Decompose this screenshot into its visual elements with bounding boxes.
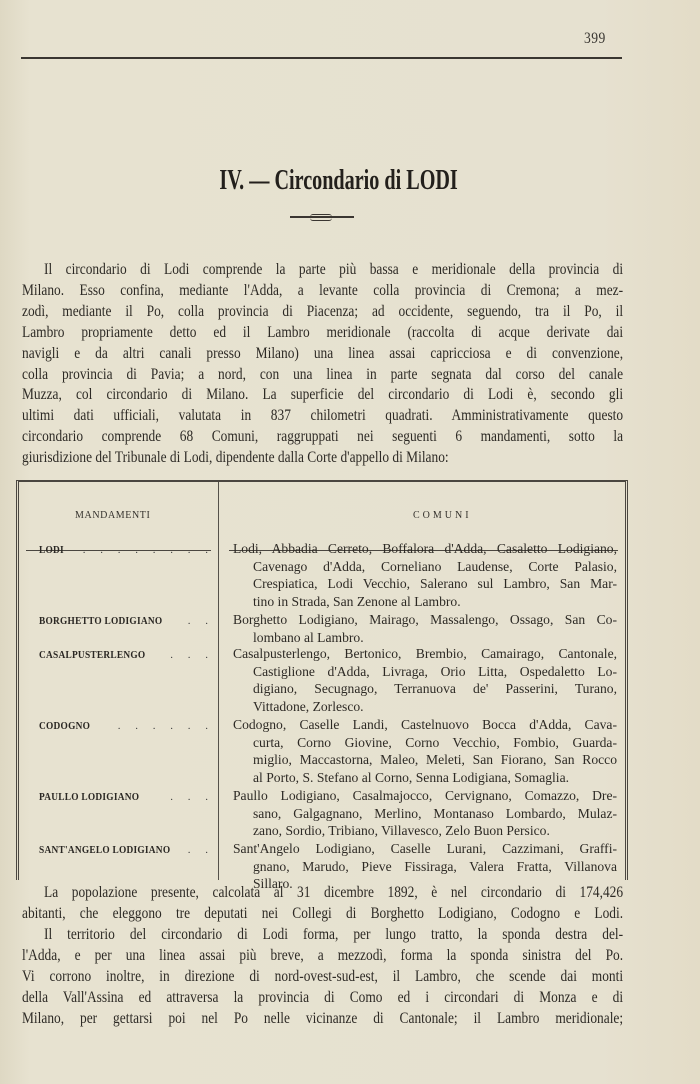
text-line-content: Il circondario di Lodi comprende la part… xyxy=(44,260,623,281)
text-line: navigli e da altri canali presso Milano)… xyxy=(22,344,623,365)
text-line: La popolazione presente, calcolata al 31… xyxy=(22,883,623,904)
mandamento-name: BORGHETTO LODIGIANO xyxy=(39,615,162,627)
comuni-line: miglio, Maccastorna, Maleo, Meleti, San … xyxy=(233,751,617,769)
chapter-title: IV. — Circondario di LODI xyxy=(0,165,700,197)
comuni-cell: Borghetto Lodigiano, Mairago, Massalengo… xyxy=(233,611,617,646)
text-line: Il circondario di Lodi comprende la part… xyxy=(22,260,623,281)
chapter-title-text: IV. — Circondario di LODI xyxy=(220,165,458,197)
text-line: Vi corrono inoltre, in direzione di nord… xyxy=(22,967,623,988)
text-line-content: abitanti, che eleggono tre deputati nei … xyxy=(22,904,623,925)
header-rule xyxy=(21,57,622,59)
text-line: giurisdizione del Tribunale di Lodi, dip… xyxy=(22,448,623,469)
text-line-content: colla provincia di Pavia; a nord, con un… xyxy=(22,365,623,386)
comuni-line: digiano, Secugnago, Terranuova de' Passe… xyxy=(233,680,617,698)
text-line: colla provincia di Pavia; a nord, con un… xyxy=(22,365,623,386)
text-line-content: Milano, per gettarsi poi nel Po nelle vi… xyxy=(22,1009,623,1030)
comuni-line: Codogno, Caselle Landi, Castelnuovo Bocc… xyxy=(233,716,617,734)
population-paragraph: La popolazione presente, calcolata al 31… xyxy=(22,883,623,925)
text-line-content: Muzza, col circondario di Milano. La sup… xyxy=(22,385,623,406)
comuni-line: curta, Corno Giovine, Corno Vecchio, Fom… xyxy=(233,734,617,752)
text-line: circondario comprende 68 Comuni, raggrup… xyxy=(22,427,623,448)
comuni-line: Casalpusterlengo, Bertonico, Brembio, Ca… xyxy=(233,645,617,663)
comuni-line: Paullo Lodigiano, Casalmajocco, Cervigna… xyxy=(233,787,617,805)
text-line-content: della Vall'Assina ed attraversa la provi… xyxy=(22,988,623,1009)
mandamenti-table: MANDAMENTI COMUNI . . . . . . . . LODI L… xyxy=(16,480,628,880)
comuni-line: Vittadone, Zorlesco. xyxy=(233,698,617,716)
text-line-content: Milano. Esso confina, mediante l'Adda, a… xyxy=(22,281,623,302)
mandamento-name: CASALPUSTERLENGO xyxy=(39,649,145,661)
text-line-content: giurisdizione del Tribunale di Lodi, dip… xyxy=(22,448,623,469)
mandamento-cell: . . SANT'ANGELO LODIGIANO xyxy=(39,844,214,856)
page-number: 399 xyxy=(584,30,606,48)
comuni-line: Lodi, Abbadia Cerreto, Boffalora d'Adda,… xyxy=(233,540,617,558)
text-line-content: circondario comprende 68 Comuni, raggrup… xyxy=(22,427,623,448)
comuni-cell: Casalpusterlengo, Bertonico, Brembio, Ca… xyxy=(233,645,617,715)
mandamento-cell: . . . CASALPUSTERLENGO xyxy=(39,649,214,661)
comuni-line: Sant'Angelo Lodigiano, Caselle Lurani, C… xyxy=(233,840,617,858)
mandamento-cell: . . . PAULLO LODIGIANO xyxy=(39,791,214,803)
text-line: della Vall'Assina ed attraversa la provi… xyxy=(22,988,623,1009)
text-line-content: Il territorio del circondario di Lodi fo… xyxy=(44,925,623,946)
intro-paragraph: Il circondario di Lodi comprende la part… xyxy=(22,260,623,469)
territory-paragraph: Il territorio del circondario di Lodi fo… xyxy=(22,925,623,1030)
text-line: Milano, per gettarsi poi nel Po nelle vi… xyxy=(22,1009,623,1030)
mandamento-name: CODOGNO xyxy=(39,720,90,732)
header-mandamenti: MANDAMENTI xyxy=(75,510,150,521)
comuni-line: Borghetto Lodigiano, Mairago, Massalengo… xyxy=(233,611,617,629)
comuni-line: Cavenago d'Adda, Corneliano Laudense, Co… xyxy=(233,558,617,576)
leader-dots: . . . . . . . . xyxy=(39,544,214,556)
mandamento-cell: . . . . . . . . LODI xyxy=(39,544,214,556)
text-line: l'Adda, e per una linea assai più breve,… xyxy=(22,946,623,967)
text-line-content: ultimi dati ufficiali, valutata in 837 c… xyxy=(22,406,623,427)
text-line-content: navigli e da altri canali presso Milano)… xyxy=(22,344,623,365)
mandamento-cell: . . . . . . CODOGNO xyxy=(39,720,214,732)
text-line: ultimi dati ufficiali, valutata in 837 c… xyxy=(22,406,623,427)
text-line-content: zodì, mediante il Po, colla provincia di… xyxy=(22,302,623,323)
comuni-cell: Lodi, Abbadia Cerreto, Boffalora d'Adda,… xyxy=(233,540,617,610)
title-ornament xyxy=(290,216,354,218)
comuni-line: Castiglione d'Adda, Livraga, Orio Litta,… xyxy=(233,663,617,681)
header-comuni: COMUNI xyxy=(413,510,472,521)
column-divider xyxy=(218,482,219,880)
mandamento-cell: . . BORGHETTO LODIGIANO xyxy=(39,615,214,627)
comuni-cell: Paullo Lodigiano, Casalmajocco, Cervigna… xyxy=(233,787,617,840)
comuni-line: tino in Strada, San Zenone al Lambro. xyxy=(233,593,617,611)
text-line-content: Vi corrono inoltre, in direzione di nord… xyxy=(22,967,623,988)
comuni-line: al Porto, S. Stefano al Corno, Senna Lod… xyxy=(233,769,617,787)
mandamento-name: LODI xyxy=(39,544,64,556)
text-line: Milano. Esso confina, mediante l'Adda, a… xyxy=(22,281,623,302)
text-line-content: La popolazione presente, calcolata al 31… xyxy=(44,883,623,904)
comuni-line: zano, Sordio, Tribiano, Villavesco, Zelo… xyxy=(233,822,617,840)
text-line-content: Lambro propriamente detto ed il Lambro m… xyxy=(22,323,623,344)
comuni-line: sano, Galgagnano, Merlino, Montanaso Lom… xyxy=(233,805,617,823)
text-line: zodì, mediante il Po, colla provincia di… xyxy=(22,302,623,323)
text-line: Lambro propriamente detto ed il Lambro m… xyxy=(22,323,623,344)
text-line: Il territorio del circondario di Lodi fo… xyxy=(22,925,623,946)
text-line-content: l'Adda, e per una linea assai più breve,… xyxy=(22,946,623,967)
comuni-line: lombano al Lambro. xyxy=(233,629,617,647)
mandamento-name: SANT'ANGELO LODIGIANO xyxy=(39,844,170,856)
text-line: Muzza, col circondario di Milano. La sup… xyxy=(22,385,623,406)
comuni-line: gnano, Marudo, Pieve Fissiraga, Valera F… xyxy=(233,858,617,876)
comuni-line: Crespiatica, Lodi Vecchio, Salerano sul … xyxy=(233,575,617,593)
mandamento-name: PAULLO LODIGIANO xyxy=(39,791,139,803)
comuni-cell: Codogno, Caselle Landi, Castelnuovo Bocc… xyxy=(233,716,617,786)
text-line: abitanti, che eleggono tre deputati nei … xyxy=(22,904,623,925)
